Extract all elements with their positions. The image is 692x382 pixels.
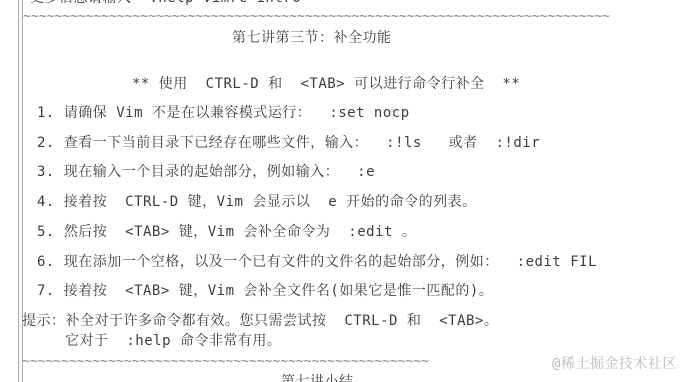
clipped-bottom-line: 第七讲小结 [281,374,354,382]
step-item-2: 2. 查看一下当前目录下已经存在哪些文件，输入： :!ls 或者 :!dir [37,135,540,151]
step-item-1: 1. 请确保 Vim 不是在以兼容模式运行： :set nocp [37,105,410,121]
hint-line-2: 它对于 :help 命令非常有用。 [65,333,281,349]
separator-top: ~~~~~~~~~~~~~~~~~~~~~~~~~~~~~~~~~~~~~~~~… [23,9,610,25]
step-item-3: 3. 现在输入一个目录的起始部分，例如输入： :e [37,164,375,180]
vimtutor-document: 更多信息请输入 :help vimrc-intro ~~~~~~~~~~~~~~… [0,0,692,382]
section-subtitle: ** 使用 CTRL-D 和 <TAB> 可以进行命令行补全 ** [132,76,520,92]
juejin-watermark: @稀土掘金技术社区 [552,356,677,372]
step-item-6: 6. 现在添加一个空格，以及一个已有文件的文件名的起始部分，例如： :edit … [37,254,597,270]
step-item-5: 5. 然后按 <TAB> 键，Vim 会补全命令为 :edit 。 [37,224,416,240]
clipped-top-line: 更多信息请输入 :help vimrc-intro [30,0,301,6]
step-item-4: 4. 接着按 CTRL-D 键，Vim 会显示以 e 开始的命令的列表。 [37,194,477,210]
hint-line-1: 提示：补全对于许多命令都有效。您只需尝试按 CTRL-D 和 <TAB>。 [22,313,498,329]
separator-bottom: ~~~~~~~~~~~~~~~~~~~~~~~~~~~~~~~~~~~~~~~~… [22,354,429,370]
step-item-7: 7. 接着按 <TAB> 键，Vim 会补全文件名(如果它是惟一匹配的)。 [37,283,493,299]
section-title: 第七讲第三节：补全功能 [232,30,392,46]
